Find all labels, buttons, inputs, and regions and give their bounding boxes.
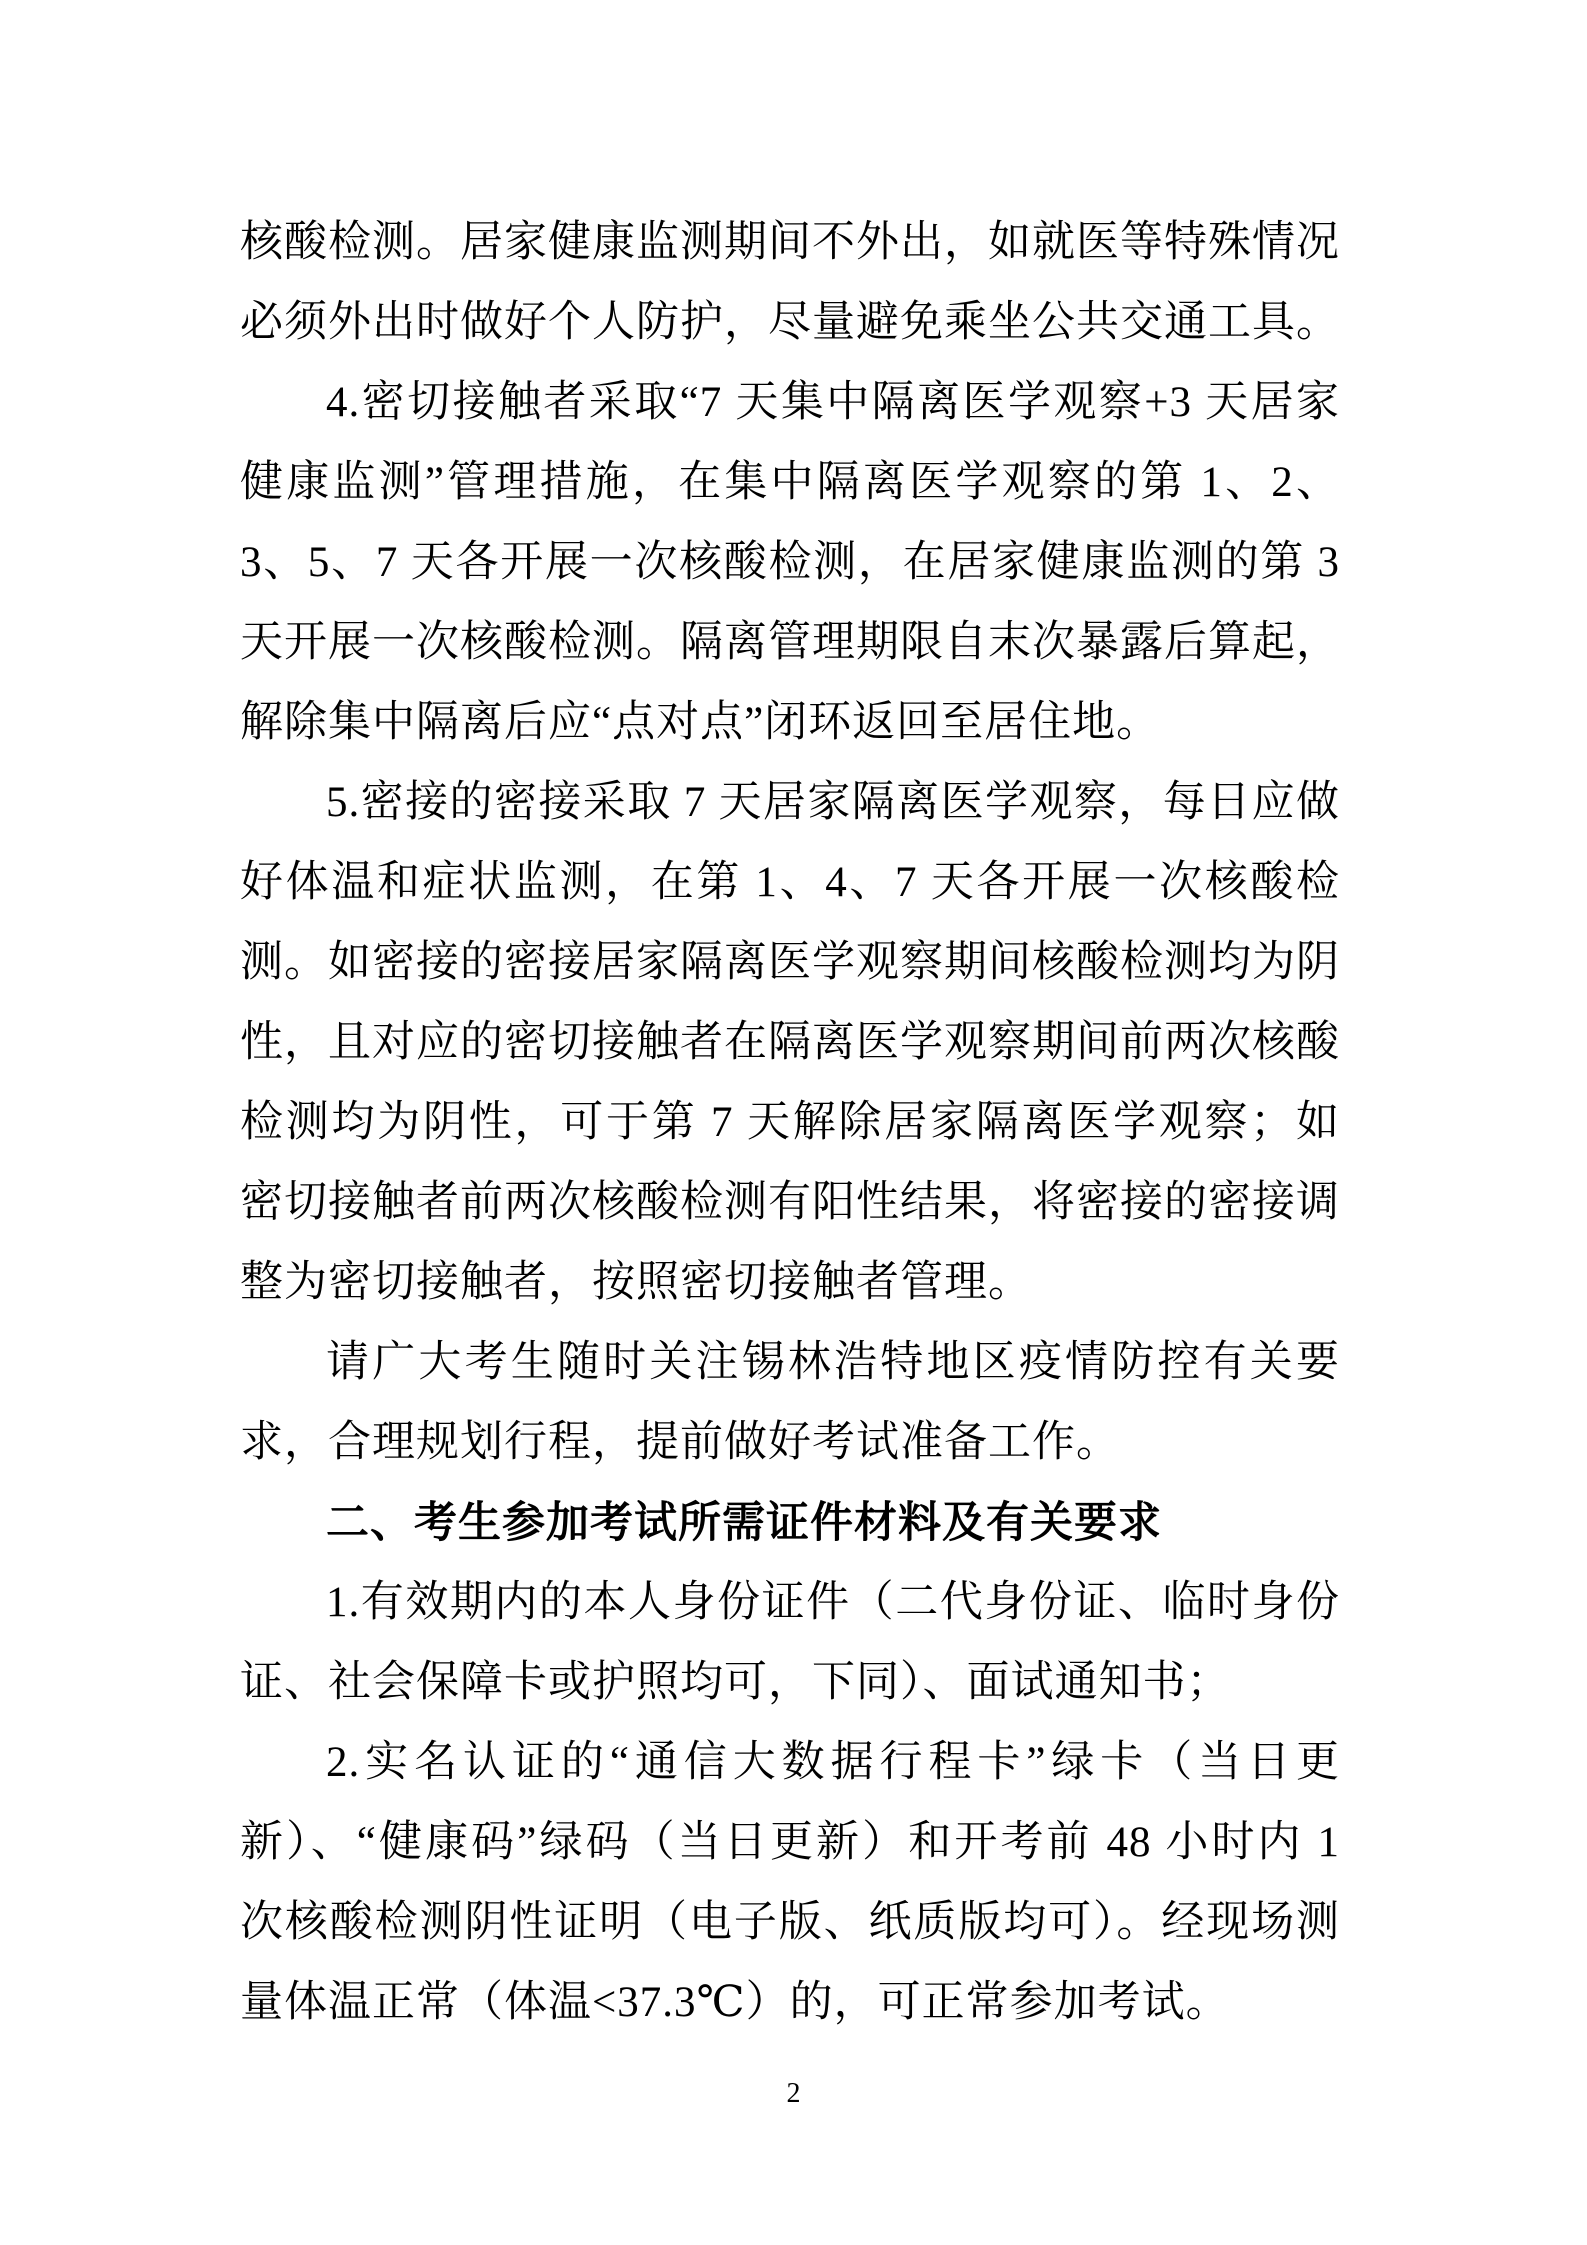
paragraph-secondary-contact-quarantine-measures: 5.密接的密接采取 7 天居家隔离医学观察，每日应做好体温和症状监测，在第 1、…	[240, 763, 1340, 1323]
page-number: 2	[0, 2078, 1587, 2110]
paragraph-home-health-monitoring-continued: 核酸检测。居家健康监测期间不外出，如就医等特殊情况必须外出时做好个人防护，尽量避…	[240, 203, 1340, 363]
paragraph-candidate-travel-planning-notice: 请广大考生随时关注锡林浩特地区疫情防控有关要求，合理规划行程，提前做好考试准备工…	[240, 1323, 1340, 1483]
paragraph-close-contact-quarantine-measures: 4.密切接触者采取“7 天集中隔离医学观察+3 天居家健康监测”管理措施，在集中…	[240, 363, 1340, 763]
paragraph-identity-documents: 1.有效期内的本人身份证件（二代身份证、临时身份证、社会保障卡或护照均可，下同）…	[240, 1563, 1340, 1723]
section-heading-required-documents: 二、考生参加考试所需证件材料及有关要求	[240, 1483, 1340, 1563]
document-body: 核酸检测。居家健康监测期间不外出，如就医等特殊情况必须外出时做好个人防护，尽量避…	[240, 203, 1340, 2043]
document-page: 核酸检测。居家健康监测期间不外出，如就医等特殊情况必须外出时做好个人防护，尽量避…	[0, 0, 1587, 2245]
paragraph-health-code-and-nucleic-acid-proof: 2.实名认证的“通信大数据行程卡”绿卡（当日更新）、“健康码”绿码（当日更新）和…	[240, 1723, 1340, 2043]
